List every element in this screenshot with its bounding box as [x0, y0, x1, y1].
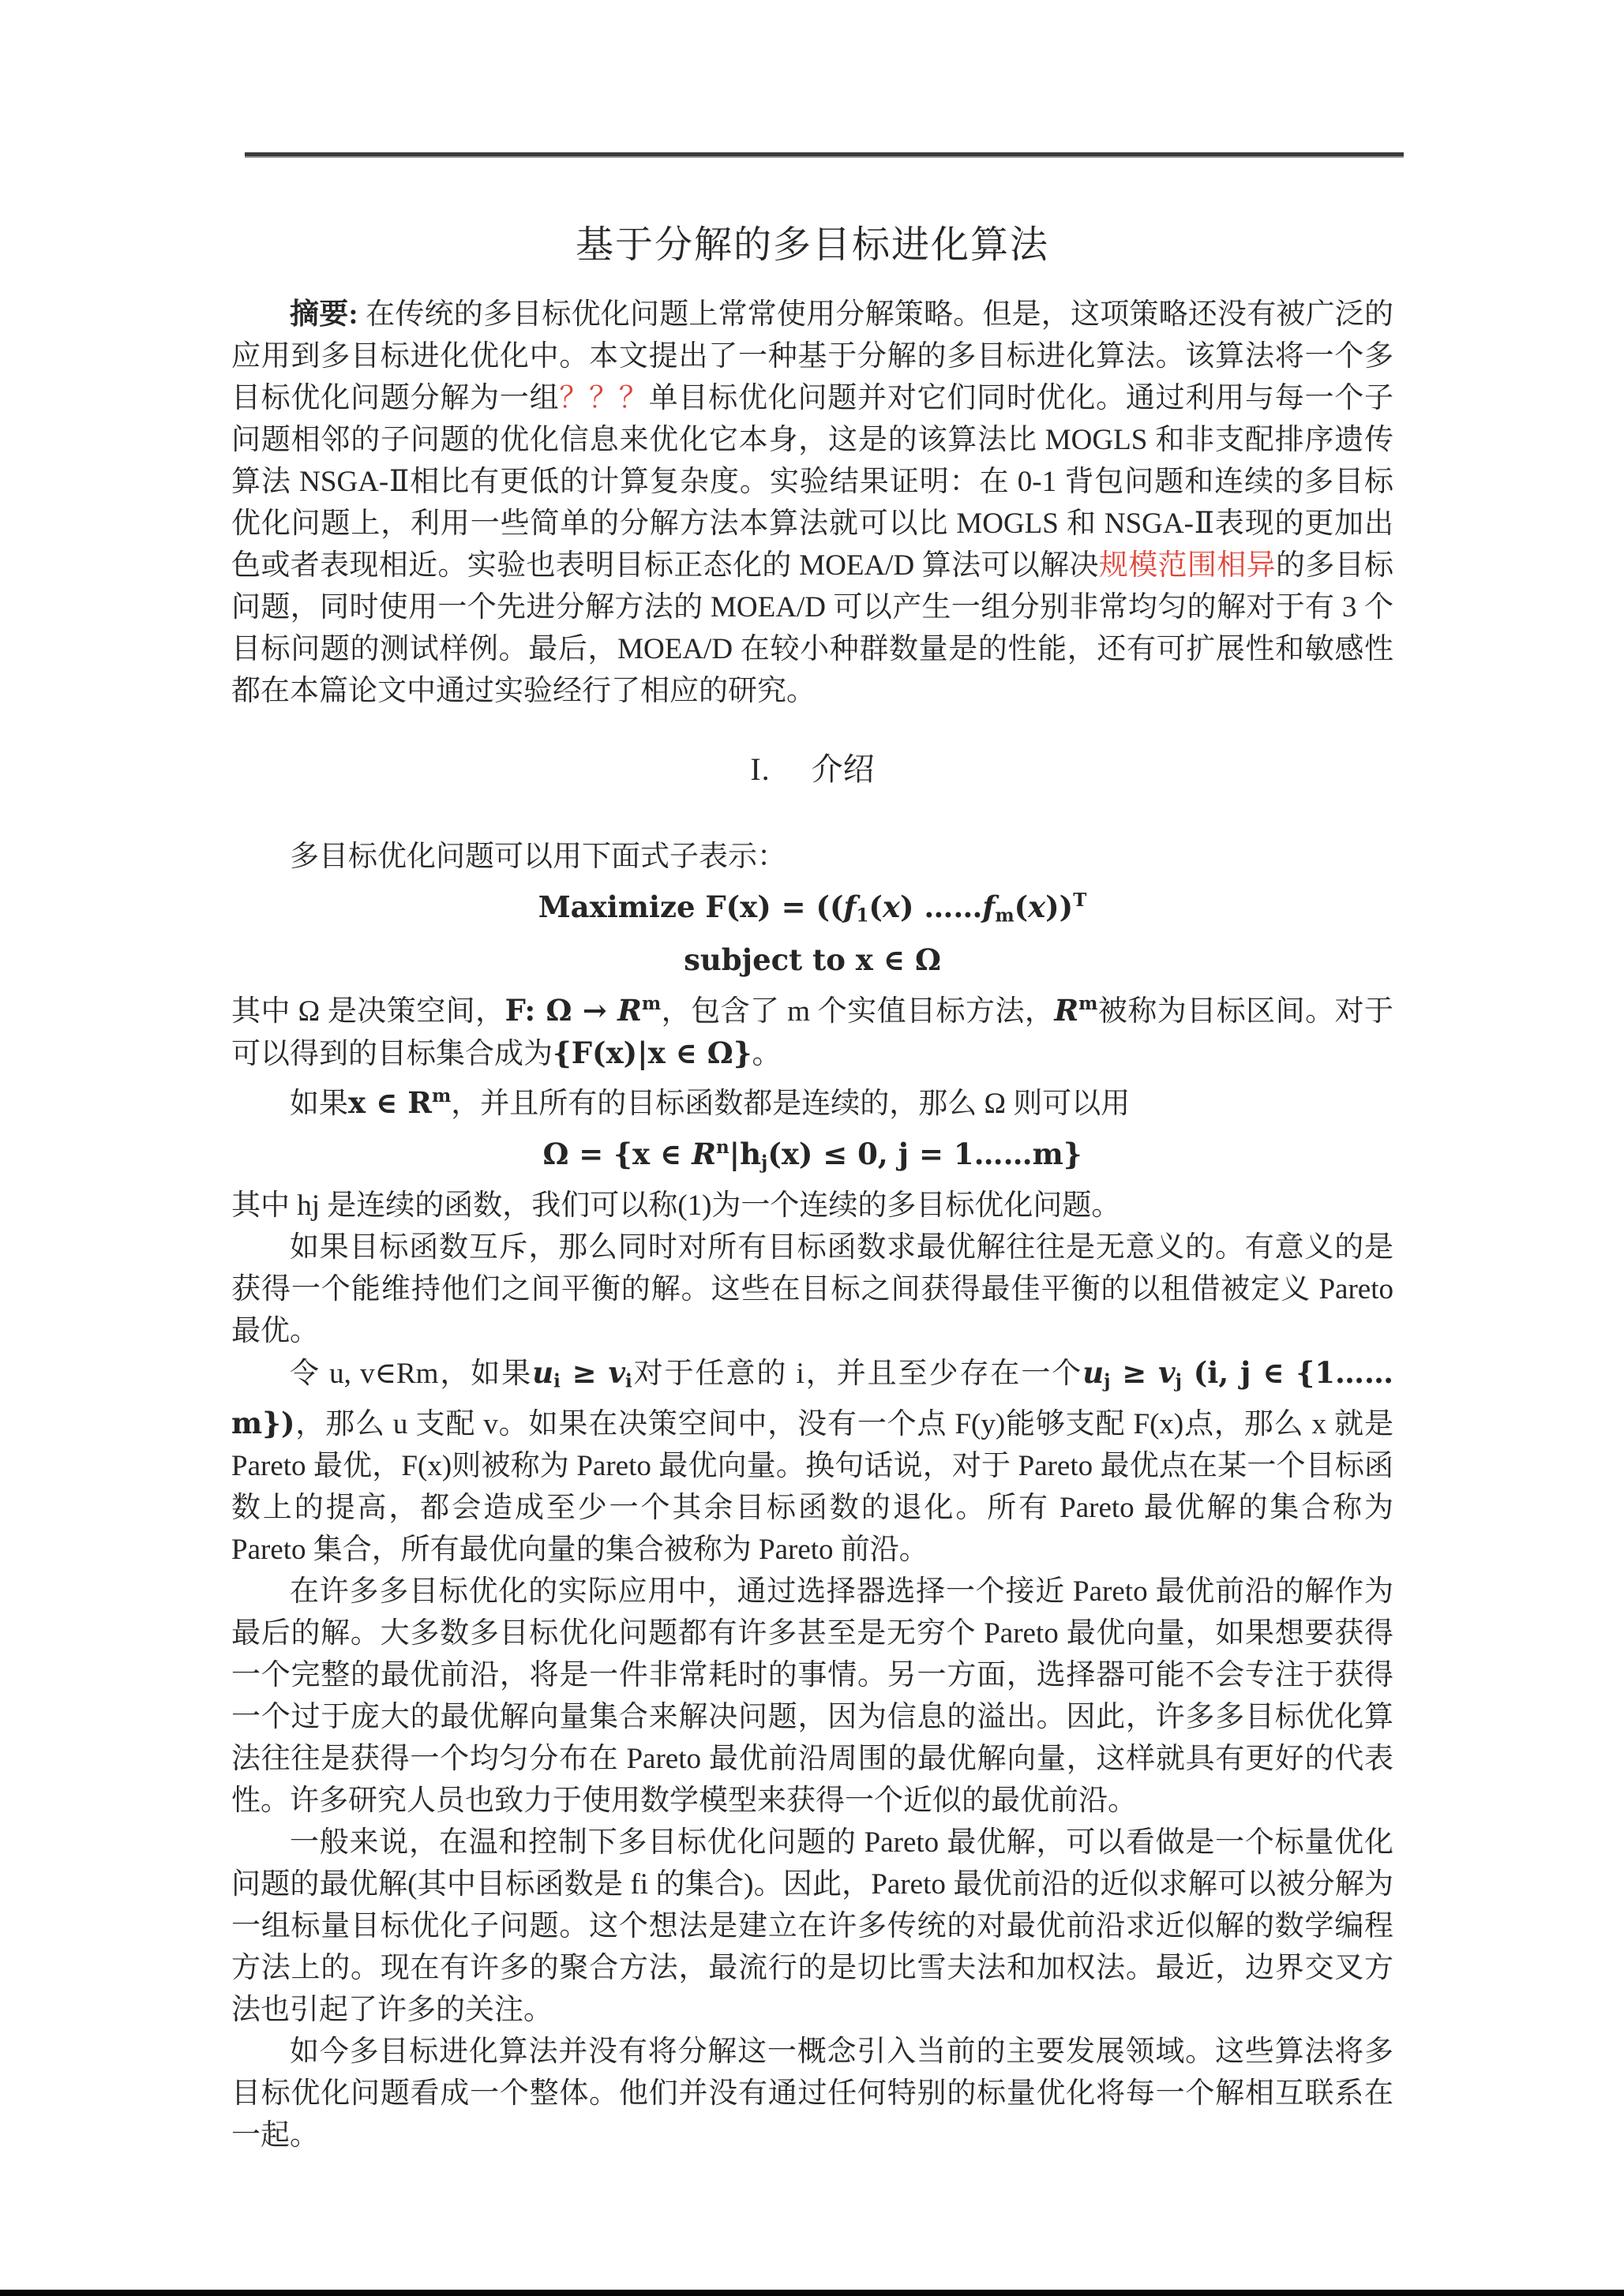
text-run: x: [1028, 890, 1045, 924]
highlighted-text: ？？？: [559, 382, 648, 414]
text-run: R: [1054, 993, 1078, 1028]
text-run: (: [1015, 890, 1029, 924]
section-heading: I.介绍: [231, 748, 1393, 790]
text-run: f: [982, 890, 995, 924]
text-run: m: [995, 905, 1014, 926]
formula-constraint: subject to x ∈ Ω: [231, 938, 1393, 983]
document-page: 基于分解的多目标进化算法 摘要: 在传统的多目标优化问题上常常使用分解策略。但是…: [0, 0, 1624, 2296]
text-run: 一般来说，在温和控制下多目标优化问题的 Pareto 最优解，可以看做是一个标量…: [231, 1826, 1393, 2026]
text-run: )): [1045, 890, 1073, 924]
text-run: ，那么 u 支配 v。如果在决策空间中，没有一个点 F(y)能够支配 F(x)点…: [231, 1408, 1393, 1566]
text-run: 如今多目标进化算法并没有将分解这一概念引入当前的主要发展领域。这些算法将多目标优…: [231, 2036, 1393, 2152]
text-run: 多目标优化问题可以用下面式子表示：: [290, 841, 786, 873]
intro-lead: 多目标优化问题可以用下面式子表示：: [231, 836, 1393, 878]
text-run: u: [532, 1355, 553, 1390]
text-run: m: [432, 1085, 451, 1107]
paragraph-decision-space: 其中 Ω 是决策空间，F: Ω → Rm，包含了 m 个实值目标方法，Rm被称为…: [231, 983, 1393, 1075]
text-run: v: [1158, 1355, 1176, 1390]
text-run: subject to x ∈ Ω: [684, 942, 941, 977]
text-run: 其中 hj 是连续的函数，我们可以称(1)为一个连续的多目标优化问题。: [231, 1189, 1120, 1222]
text-run: {F(x)|x ∈ Ω}: [553, 1036, 752, 1070]
text-run: 如果: [290, 1088, 348, 1120]
footer-rule: [0, 2290, 1624, 2296]
text-run: 。: [752, 1038, 782, 1070]
text-run: 其中 Ω 是决策空间，: [231, 995, 505, 1028]
paragraph-practical-applications: 在许多多目标优化的实际应用中，通过选择器选择一个接近 Pareto 最优前沿的解…: [231, 1571, 1393, 1822]
text-run: 1: [856, 905, 868, 926]
text-run: f: [844, 890, 857, 924]
text-run: i: [625, 1371, 632, 1392]
text-run: m: [1078, 993, 1097, 1014]
text-run: h: [740, 1137, 761, 1171]
text-run: ≥: [1110, 1355, 1158, 1390]
text-run: u: [1082, 1355, 1104, 1390]
text-run: x ∈ R: [348, 1085, 432, 1120]
text-run: T: [1073, 890, 1086, 911]
abstract-paragraph: 摘要: 在传统的多目标优化问题上常常使用分解策略。但是，这项策略还没有被广泛的应…: [231, 294, 1393, 712]
text-run: 对于任意的 i，并且至少存在一个: [632, 1358, 1083, 1390]
text-run: j: [1176, 1371, 1182, 1392]
text-run: 摘要:: [290, 298, 358, 331]
text-run: m: [642, 993, 661, 1014]
paragraph-decomposition-idea: 一般来说，在温和控制下多目标优化问题的 Pareto 最优解，可以看做是一个标量…: [231, 1822, 1393, 2031]
paragraph-pareto-definition: 令 u, v∈Rm，如果ui ≥ vi对于任意的 i，并且至少存在一个uj ≥ …: [231, 1352, 1393, 1571]
text-run: i: [553, 1371, 561, 1392]
text-run: R: [617, 993, 642, 1028]
text-run: ，包含了 m 个实值目标方法，: [661, 995, 1054, 1028]
text-run: ，并且所有的目标函数都是连续的，那么 Ω 则可以用: [451, 1088, 1130, 1120]
text-run: (: [868, 890, 883, 924]
text-run: Ω = {x ∈: [542, 1137, 692, 1171]
text-run: ≥: [561, 1355, 609, 1390]
document-body: 摘要: 在传统的多目标优化问题上常常使用分解策略。但是，这项策略还没有被广泛的应…: [231, 294, 1393, 2156]
text-run: ) ……: [900, 890, 982, 924]
highlighted-text: 规模范围相异: [1099, 549, 1276, 582]
paragraph-continuous-condition: 如果x ∈ Rm，并且所有的目标函数都是连续的，那么 Ω 则可以用: [231, 1075, 1393, 1125]
text-run: 令 u, v∈Rm，如果: [290, 1358, 532, 1390]
text-run: |: [729, 1137, 740, 1171]
text-run: R: [692, 1137, 716, 1171]
text-run: Maximize F(x) = ((: [538, 890, 844, 924]
text-run: 在许多多目标优化的实际应用中，通过选择器选择一个接近 Pareto 最优前沿的解…: [231, 1575, 1393, 1817]
formula-objective: Maximize F(x) = ((f1(x) ……fm(x))T: [231, 878, 1393, 938]
paper-title: 基于分解的多目标进化算法: [231, 219, 1393, 272]
text-run: 如果目标函数互斥，那么同时对所有目标函数求最优解往往是无意义的。有意义的是获得一…: [231, 1231, 1393, 1347]
header-rule: [245, 152, 1404, 158]
formula-domain: Ω = {x ∈ Rn|hj(x) ≤ 0, j = 1……m}: [231, 1125, 1393, 1185]
text-run: n: [716, 1137, 729, 1158]
text-run: 介绍: [812, 751, 875, 787]
page-content: 基于分解的多目标进化算法 摘要: 在传统的多目标优化问题上常常使用分解策略。但是…: [0, 0, 1624, 2156]
paragraph-conflicting-objectives: 如果目标函数互斥，那么同时对所有目标函数求最优解往往是无意义的。有意义的是获得一…: [231, 1227, 1393, 1352]
text-run: x: [883, 890, 900, 924]
section-numeral: I.: [750, 751, 770, 787]
text-run: v: [608, 1355, 625, 1390]
text-run: F: Ω →: [505, 993, 618, 1028]
paragraph-hj-note: 其中 hj 是连续的函数，我们可以称(1)为一个连续的多目标优化问题。: [231, 1185, 1393, 1227]
paragraph-current-moea: 如今多目标进化算法并没有将分解这一概念引入当前的主要发展领域。这些算法将多目标优…: [231, 2031, 1393, 2156]
text-run: (x) ≤ 0, j = 1……m}: [767, 1137, 1082, 1171]
